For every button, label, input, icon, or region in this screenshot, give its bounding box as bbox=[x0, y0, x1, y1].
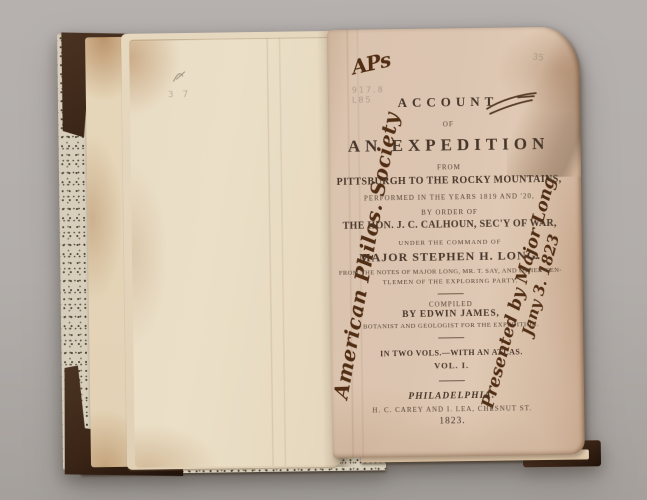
title-line-performed: PERFORMED IN THE YEARS 1819 AND '20, bbox=[333, 192, 565, 203]
separator-rule bbox=[438, 337, 464, 338]
title-line-main-title: AN EXPEDITION bbox=[332, 134, 564, 157]
title-line-notes-2: TLEMEN OF THE EXPLORING PARTY. bbox=[334, 277, 566, 287]
title-line-volume-number: VOL. I. bbox=[336, 359, 568, 372]
title-page: APs 917.8 L85 35 American Philos. Societ… bbox=[327, 27, 585, 458]
title-page-text-block: ACCOUNT OF AN EXPEDITION FROM PITTSBURGH… bbox=[332, 93, 569, 436]
flyleaf-pencil-number: 3 7 bbox=[168, 90, 191, 100]
imprint-year: 1823. bbox=[336, 415, 568, 428]
title-line-volumes: IN TWO VOLS.—WITH AN ATLAS. bbox=[335, 347, 567, 359]
separator-rule bbox=[438, 293, 464, 294]
title-line-commander: MAJOR STEPHEN H. LONG. bbox=[334, 248, 566, 266]
pencil-squiggle-mark bbox=[172, 70, 188, 84]
pencil-corner-mark: 35 bbox=[531, 52, 544, 63]
title-line-of: OF bbox=[332, 119, 564, 130]
title-line-subtitle: PITTSBURGH TO THE ROCKY MOUNTAINS, bbox=[333, 174, 565, 188]
title-line-header: ACCOUNT bbox=[332, 93, 564, 112]
separator-rule bbox=[439, 380, 465, 381]
photo-stage: 3 7 APs 917.8 L85 35 American Philos. So… bbox=[0, 0, 647, 500]
imprint-publisher: H. C. CAREY AND I. LEA, CHESNUT ST. bbox=[336, 404, 568, 415]
left-flyleaf-page: 3 7 bbox=[129, 37, 341, 468]
title-line-authority: THE HON. J. C. CALHOUN, SEC'Y OF WAR, bbox=[334, 218, 566, 232]
title-line-from: FROM bbox=[333, 162, 565, 173]
title-line-notes-1: FROM THE NOTES OF MAJOR LONG, MR. T. SAY… bbox=[334, 267, 566, 277]
ink-initials-annotation: APs bbox=[349, 47, 392, 79]
title-line-compiler-role: BOTANIST AND GEOLOGIST FOR THE EXPEDITIO… bbox=[335, 321, 567, 331]
title-line-by-order: BY ORDER OF bbox=[333, 207, 565, 218]
book: 3 7 APs 917.8 L85 35 American Philos. So… bbox=[55, 18, 605, 478]
title-line-compiler: BY EDWIN JAMES, bbox=[335, 308, 567, 321]
title-line-under-command: UNDER THE COMMAND OF bbox=[334, 238, 566, 248]
imprint-city: PHILADELPHIA: bbox=[336, 390, 568, 403]
pencil-call-number-line-1: 917.8 bbox=[352, 85, 385, 95]
